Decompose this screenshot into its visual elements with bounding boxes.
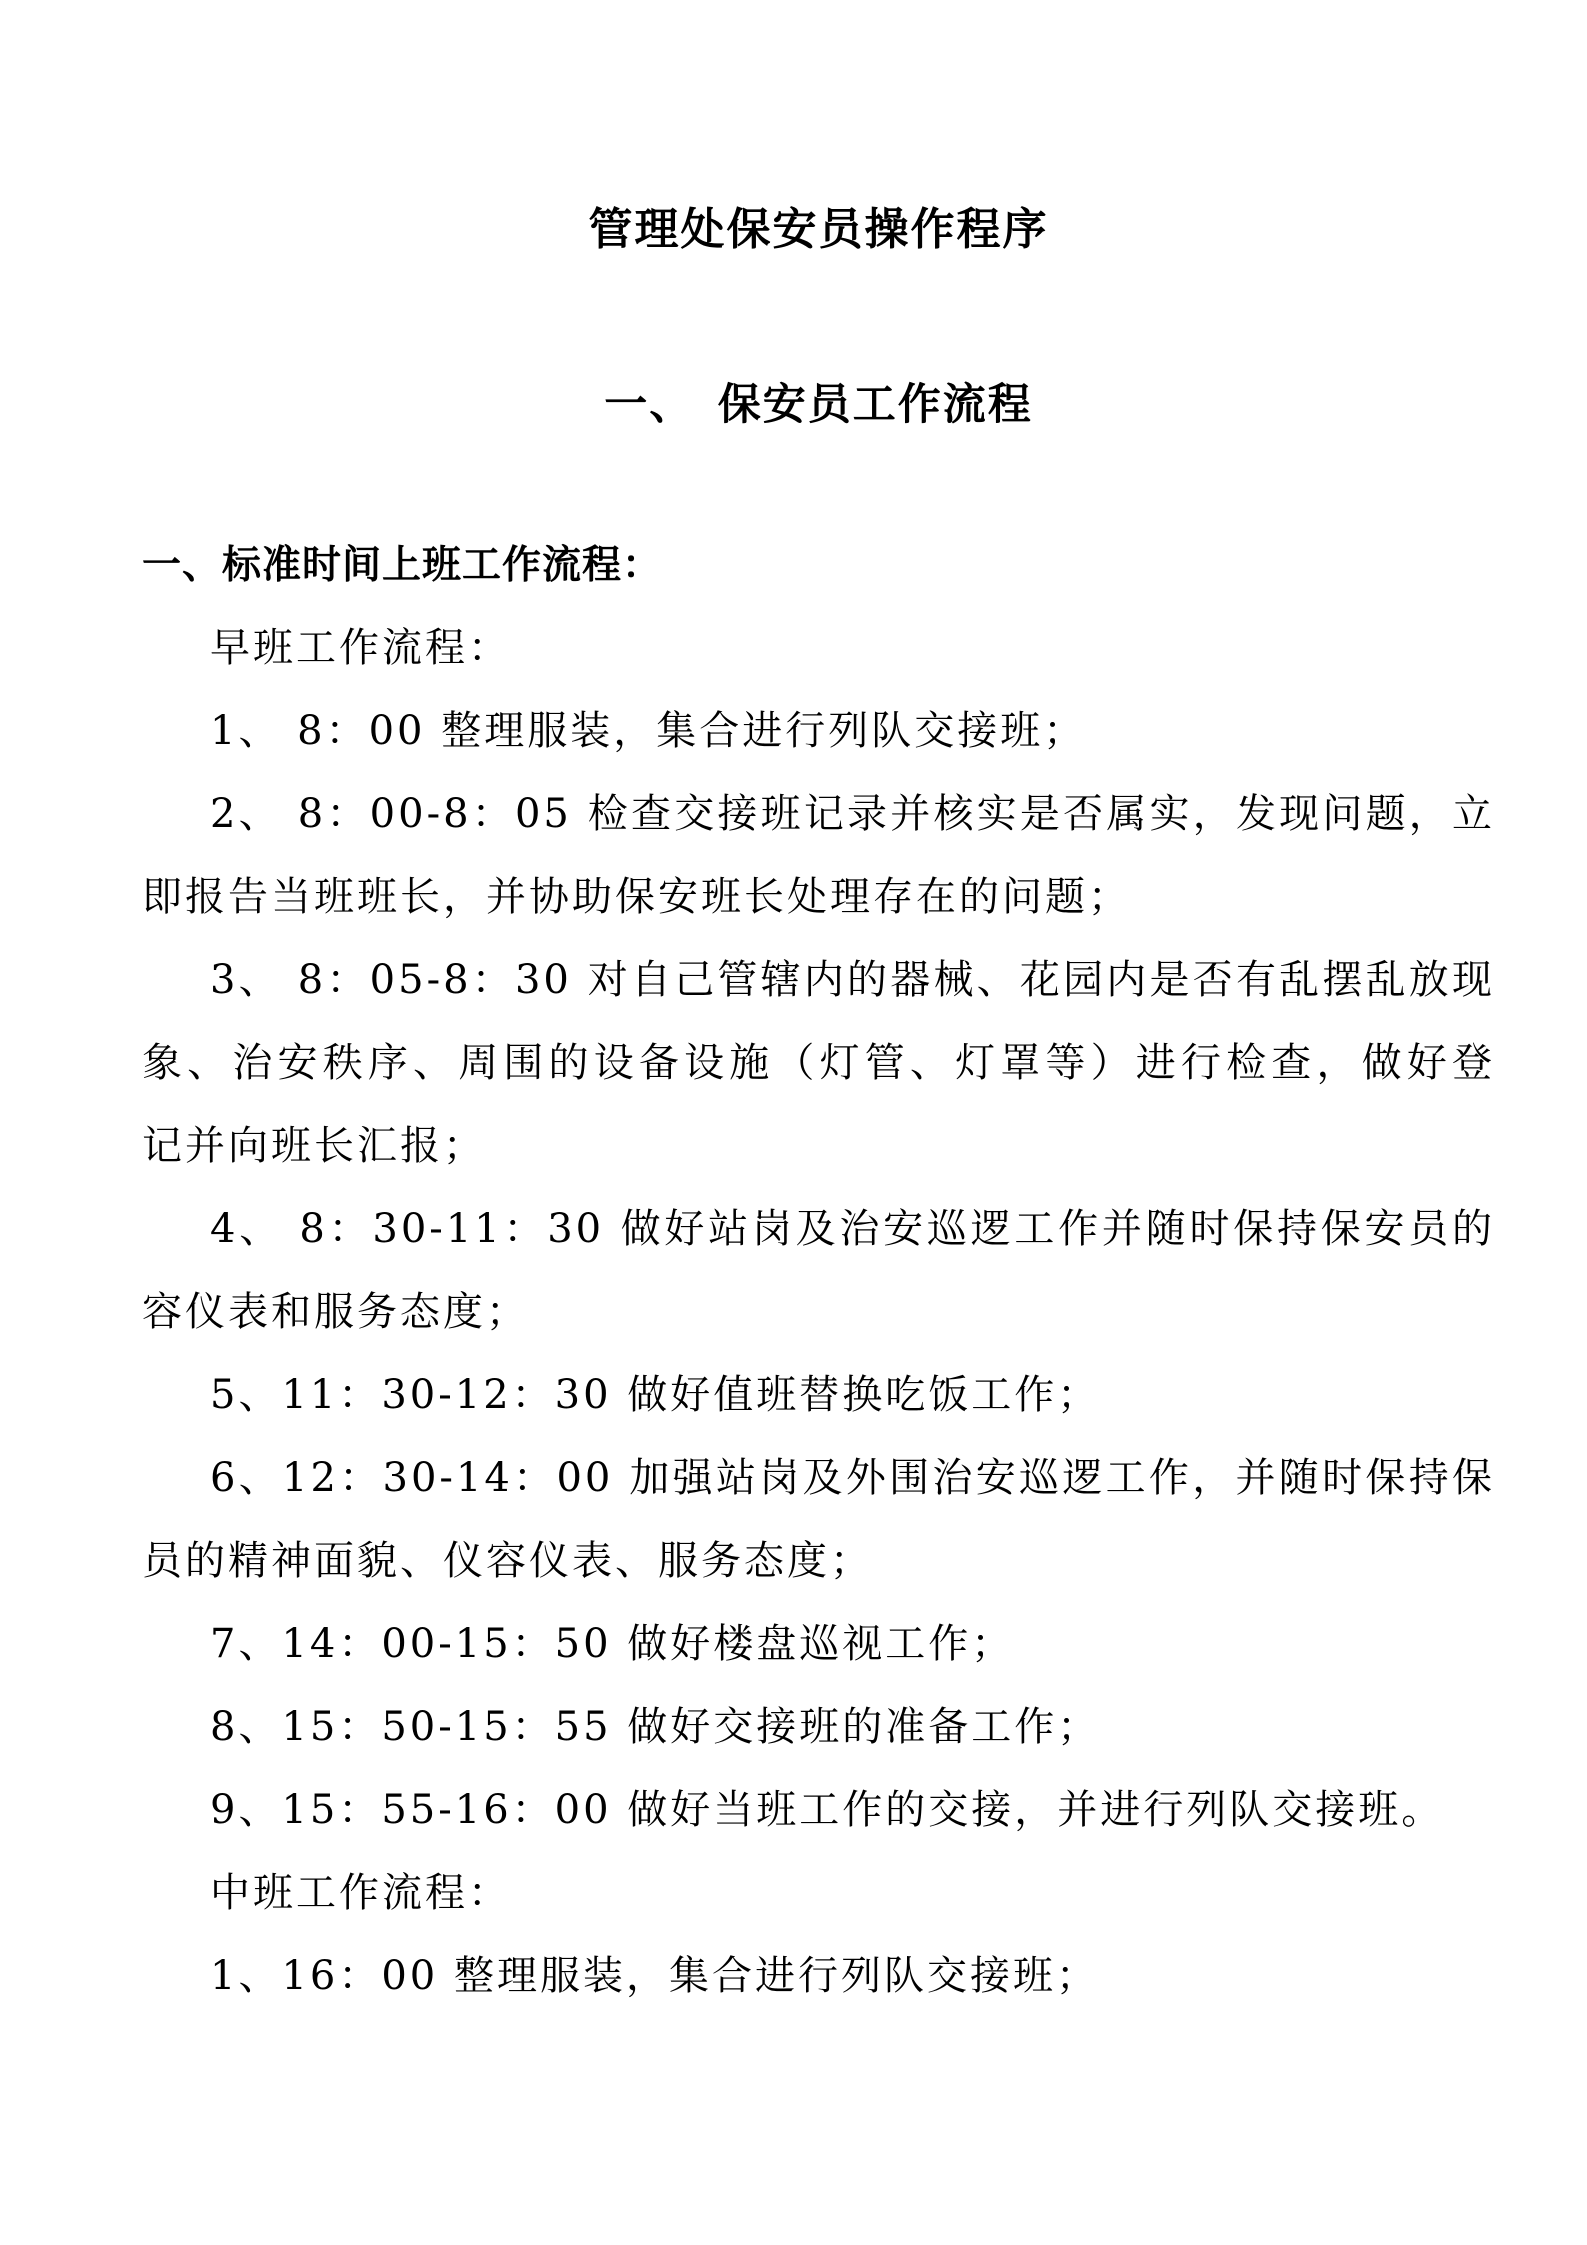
- document-content: 管理处保安员操作程序 一、 保安员工作流程 一、标准时间上班工作流程： 早班工作…: [142, 0, 1495, 2018]
- document-page: 管理处保安员操作程序 一、 保安员工作流程 一、标准时间上班工作流程： 早班工作…: [0, 0, 1587, 2245]
- document-title: 管理处保安员操作程序: [142, 205, 1495, 255]
- body-line: 中班工作流程：: [142, 1852, 1495, 1935]
- body-line: 1、 8：00 整理服装，集合进行列队交接班；: [142, 690, 1495, 773]
- body-line: 6、12：30-14：00 加强站岗及外围治安巡逻工作，并随时保持保安: [142, 1437, 1495, 1520]
- body-line: 5、11：30-12：30 做好值班替换吃饭工作；: [142, 1354, 1495, 1437]
- section-heading: 一、标准时间上班工作流程：: [142, 543, 1495, 589]
- body-line: 9、15：55-16：00 做好当班工作的交接，并进行列队交接班。: [142, 1769, 1495, 1852]
- body-line: 容仪表和服务态度；: [142, 1271, 1495, 1354]
- body-line: 象、治安秩序、周围的设备设施（灯管、灯罩等）进行检查，做好登: [142, 1022, 1495, 1105]
- body-text-block: 早班工作流程：1、 8：00 整理服装，集合进行列队交接班；2、 8：00-8：…: [142, 607, 1495, 2018]
- body-line: 3、 8：05-8：30 对自己管辖内的器械、花园内是否有乱摆乱放现: [142, 939, 1495, 1022]
- body-line: 7、14：00-15：50 做好楼盘巡视工作；: [142, 1603, 1495, 1686]
- body-line: 记并向班长汇报；: [142, 1105, 1495, 1188]
- body-line: 员的精神面貌、仪容仪表、服务态度；: [142, 1520, 1495, 1603]
- body-line: 早班工作流程：: [142, 607, 1495, 690]
- body-line: 即报告当班班长，并协助保安班长处理存在的问题；: [142, 856, 1495, 939]
- body-line: 2、 8：00-8：05 检查交接班记录并核实是否属实，发现问题，立: [142, 773, 1495, 856]
- body-line: 8、15：50-15：55 做好交接班的准备工作；: [142, 1686, 1495, 1769]
- body-line: 1、16：00 整理服装，集合进行列队交接班；: [142, 1935, 1495, 2018]
- body-line: 4、 8：30-11：30 做好站岗及治安巡逻工作并随时保持保安员的仪: [142, 1188, 1495, 1271]
- document-subtitle: 一、 保安员工作流程: [142, 380, 1495, 430]
